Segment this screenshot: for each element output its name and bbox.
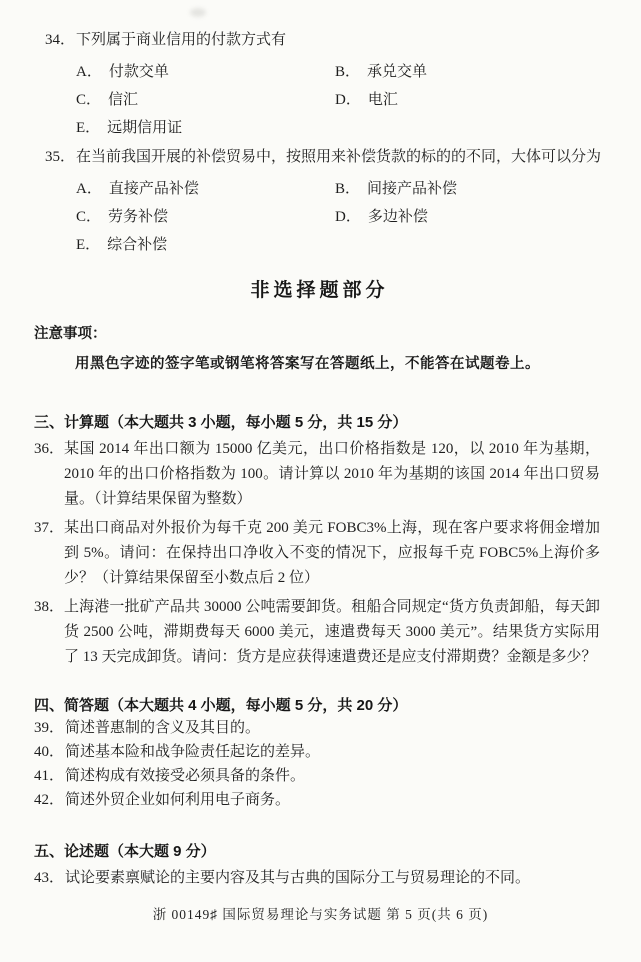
question-34: 34． 下列属于商业信用的付款方式有 A． 付款交单 B． 承兑交单 C． 信汇… [45, 30, 601, 142]
exam-paper-page: 34． 下列属于商业信用的付款方式有 A． 付款交单 B． 承兑交单 C． 信汇… [0, 0, 641, 962]
question-39: 39． 简述普惠制的含义及其目的。 [34, 716, 601, 740]
question-38-number: 38． [34, 595, 64, 670]
option-35-d: D． 多边补偿 [335, 203, 601, 231]
question-42-number: 42． [34, 788, 65, 812]
option-35-a-label: A． [76, 175, 102, 203]
option-34-d-label: D． [335, 86, 361, 114]
option-35-e: E． 综合补偿 [76, 231, 335, 259]
option-34-d: D． 电汇 [335, 86, 601, 114]
question-37: 37． 某出口商品对外报价为每千克 200 美元 FOBC3%上海，现在客户要求… [34, 516, 601, 591]
section-calculation: 三、计算题（本大题共 3 小题，每小题 5 分，共 15 分） 36． 某国 2… [34, 413, 601, 670]
question-43-number: 43． [34, 866, 65, 891]
question-38-text: 上海港一批矿产品共 30000 公吨需要卸货。租船合同规定“货方负责卸船，每天卸… [64, 595, 601, 670]
question-41-number: 41． [34, 764, 65, 788]
question-43: 43． 试论要素禀赋论的主要内容及其与古典的国际分工与贸易理论的不同。 [34, 866, 601, 891]
question-37-text: 某出口商品对外报价为每千克 200 美元 FOBC3%上海，现在客户要求将佣金增… [64, 516, 601, 591]
option-35-a-text: 直接产品补偿 [109, 175, 199, 203]
option-35-d-label: D． [335, 203, 361, 231]
question-40: 40． 简述基本险和战争险责任起讫的差异。 [34, 740, 601, 764]
notice: 注意事项： 用黑色字迹的签字笔或钢笔将答案写在答题纸上，不能答在试题卷上。 [34, 322, 601, 373]
option-35-c: C． 劳务补偿 [76, 203, 335, 231]
section-essay-heading: 五、论述题（本大题 9 分） [34, 842, 601, 862]
question-42: 42． 简述外贸企业如何利用电子商务。 [34, 788, 601, 812]
option-35-c-label: C． [76, 203, 101, 231]
question-39-number: 39． [34, 716, 65, 740]
option-34-c-text: 信汇 [108, 86, 138, 114]
section-short-answer-heading: 四、简答题（本大题共 4 小题，每小题 5 分，共 20 分） [34, 696, 601, 716]
option-34-e: E． 远期信用证 [76, 114, 335, 142]
question-35-options: A． 直接产品补偿 B． 间接产品补偿 C． 劳务补偿 D． 多边补偿 E． 综… [76, 175, 601, 259]
question-42-text: 简述外贸企业如何利用电子商务。 [65, 788, 601, 812]
question-35-number: 35． [45, 147, 76, 168]
question-40-number: 40． [34, 740, 65, 764]
option-34-a: A． 付款交单 [76, 58, 335, 86]
section-short-answer: 四、简答题（本大题共 4 小题，每小题 5 分，共 20 分） 39． 简述普惠… [34, 696, 601, 812]
option-34-b-text: 承兑交单 [367, 58, 427, 86]
question-35-text: 在当前我国开展的补偿贸易中，按照用来补偿货款的标的的不同，大体可以分为 [76, 147, 601, 168]
page-footer: 浙 00149♯ 国际贸易理论与实务试题 第 5 页(共 6 页) [0, 903, 641, 923]
option-35-a: A． 直接产品补偿 [76, 175, 335, 203]
question-41-text: 简述构成有效接受必须具备的条件。 [65, 764, 601, 788]
question-36-text: 某国 2014 年出口额为 15000 亿美元，出口价格指数是 120，以 20… [64, 437, 601, 512]
section-essay: 五、论述题（本大题 9 分） 43． 试论要素禀赋论的主要内容及其与古典的国际分… [34, 842, 601, 891]
option-35-e-text: 综合补偿 [107, 231, 167, 259]
option-34-c-label: C． [76, 86, 101, 114]
option-34-a-label: A． [76, 58, 102, 86]
question-41: 41． 简述构成有效接受必须具备的条件。 [34, 764, 601, 788]
question-39-text: 简述普惠制的含义及其目的。 [65, 716, 601, 740]
option-35-c-text: 劳务补偿 [108, 203, 168, 231]
option-35-b: B． 间接产品补偿 [335, 175, 601, 203]
option-34-e-text: 远期信用证 [107, 114, 182, 142]
option-34-b: B． 承兑交单 [335, 58, 601, 86]
notice-title: 注意事项： [34, 322, 601, 343]
question-34-stem: 34． 下列属于商业信用的付款方式有 [45, 30, 601, 51]
notice-body: 用黑色字迹的签字笔或钢笔将答案写在答题纸上，不能答在试题卷上。 [75, 352, 601, 373]
option-35-b-label: B． [335, 175, 360, 203]
option-35-d-text: 多边补偿 [368, 203, 428, 231]
question-37-number: 37． [34, 516, 64, 591]
question-34-number: 34． [45, 30, 76, 51]
option-34-a-text: 付款交单 [109, 58, 169, 86]
question-36: 36． 某国 2014 年出口额为 15000 亿美元，出口价格指数是 120，… [34, 437, 601, 512]
part-header: 非选择题部分 [34, 275, 601, 302]
question-34-options: A． 付款交单 B． 承兑交单 C． 信汇 D． 电汇 E． 远期信用证 [76, 58, 601, 142]
option-35-e-label: E． [76, 231, 100, 259]
question-35: 35． 在当前我国开展的补偿贸易中，按照用来补偿货款的标的的不同，大体可以分为 … [45, 147, 601, 259]
option-34-c: C． 信汇 [76, 86, 335, 114]
section-calculation-heading: 三、计算题（本大题共 3 小题，每小题 5 分，共 15 分） [34, 413, 601, 433]
question-36-number: 36． [34, 437, 64, 512]
scan-artifact [190, 8, 206, 17]
question-35-stem: 35． 在当前我国开展的补偿贸易中，按照用来补偿货款的标的的不同，大体可以分为 [45, 147, 601, 168]
option-34-e-label: E． [76, 114, 100, 142]
option-35-b-text: 间接产品补偿 [367, 175, 457, 203]
question-34-text: 下列属于商业信用的付款方式有 [76, 30, 601, 51]
option-34-b-label: B． [335, 58, 360, 86]
question-38: 38． 上海港一批矿产品共 30000 公吨需要卸货。租船合同规定“货方负责卸船… [34, 595, 601, 670]
option-34-d-text: 电汇 [368, 86, 398, 114]
question-40-text: 简述基本险和战争险责任起讫的差异。 [65, 740, 601, 764]
question-43-text: 试论要素禀赋论的主要内容及其与古典的国际分工与贸易理论的不同。 [65, 866, 601, 891]
